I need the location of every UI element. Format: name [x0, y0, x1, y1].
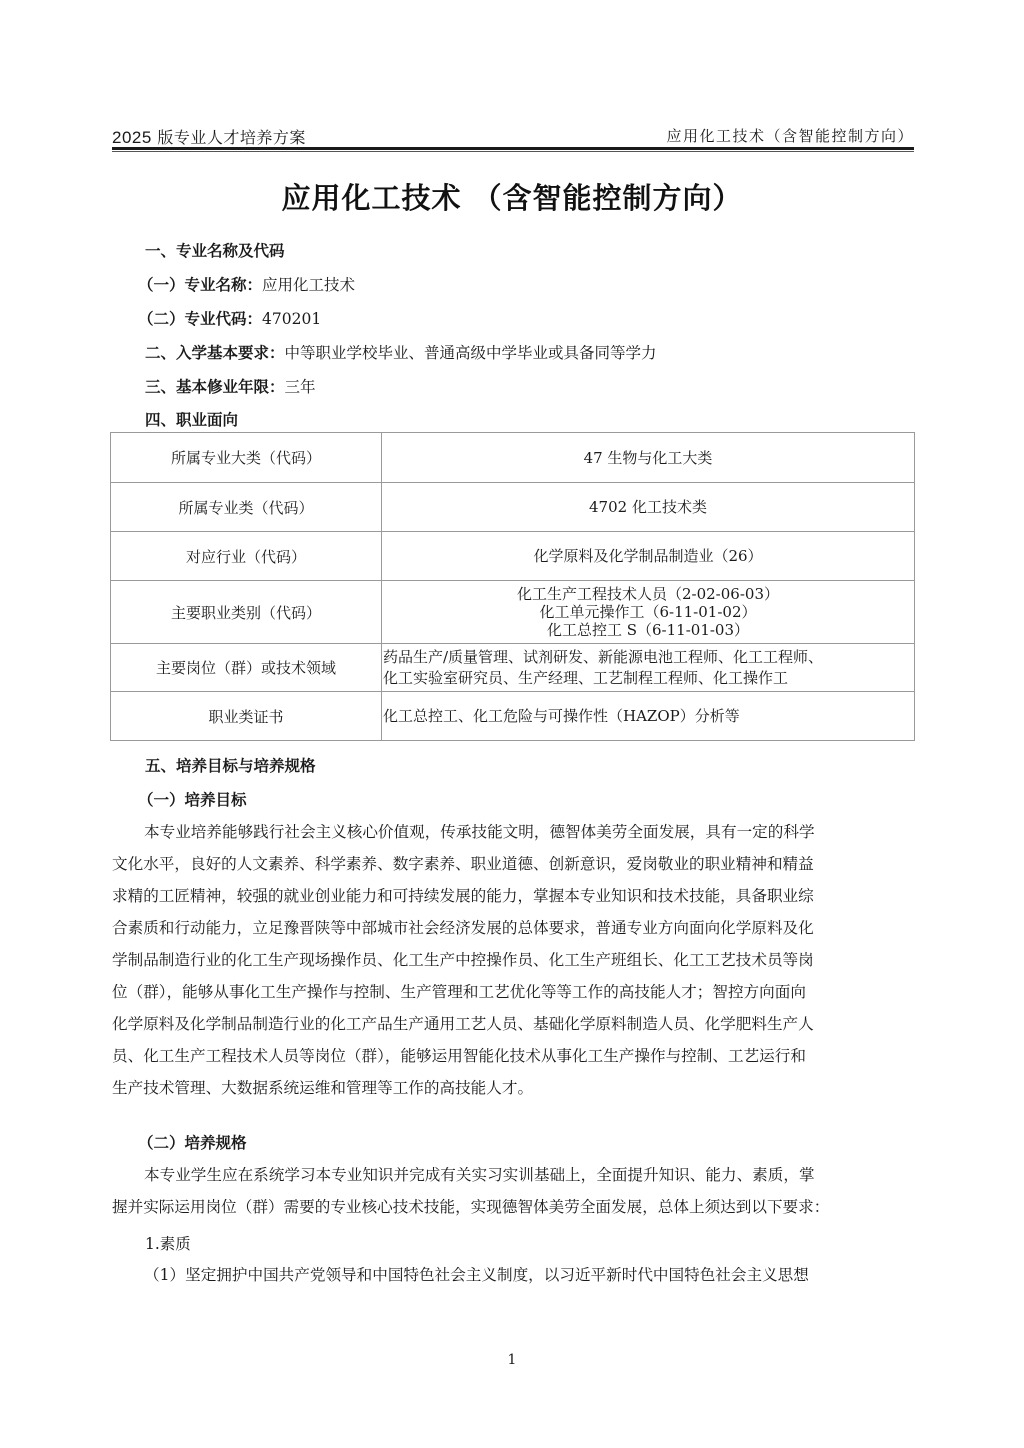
major-name-label: （一）专业名称：: [138, 276, 262, 294]
paragraph-line: 化学原料及化学制品制造行业的化工产品生产通用工艺人员、基础化学原料制造人员、化学…: [112, 1008, 914, 1040]
table-value: 4702 化工技术类: [382, 483, 915, 532]
major-code-label: （二）专业代码：: [138, 310, 262, 328]
goal-paragraph: 本专业培养能够践行社会主义核心价值观，传承技能文明，德智体美劳全面发展，具有一定…: [112, 816, 914, 1104]
paragraph-line: 位（群），能够从事化工生产操作与控制、生产管理和工艺优化等等工作的高技能人才；智…: [112, 976, 914, 1008]
section-5-heading: 五、培养目标与培养规格: [145, 754, 316, 776]
table-row: 职业类证书 化工总控工、化工危险与可操作性（HAZOP）分析等: [111, 692, 915, 741]
spec-paragraph: 本专业学生应在系统学习本专业知识并完成有关实习实训基础上，全面提升知识、能力、素…: [112, 1159, 914, 1223]
major-name-value: 应用化工技术: [262, 276, 355, 294]
paragraph-line: 本专业学生应在系统学习本专业知识并完成有关实习实训基础上，全面提升知识、能力、素…: [112, 1159, 914, 1191]
table-value: 化工生产工程技术人员（2-02-06-03） 化工单元操作工（6-11-01-0…: [382, 581, 915, 644]
table-key: 主要岗位（群）或技术领域: [111, 644, 382, 692]
major-name-line: （一）专业名称：应用化工技术: [138, 273, 355, 295]
header-rule-thick: [112, 147, 914, 150]
table-key: 主要职业类别（代码）: [111, 581, 382, 644]
admission-value: 中等职业学校毕业、普通高级中学毕业或具备同等学力: [285, 344, 657, 362]
header-rule-thin: [112, 151, 914, 152]
quality-subheading: 1.素质: [145, 1232, 191, 1254]
paragraph-line: 本专业培养能够践行社会主义核心价值观，传承技能文明，德智体美劳全面发展，具有一定…: [112, 816, 914, 848]
career-orientation-table: 所属专业大类（代码） 47 生物与化工大类 所属专业类（代码） 4702 化工技…: [110, 432, 915, 741]
table-value: 药品生产/质量管理、试剂研发、新能源电池工程师、化工工程师、 化工实验室研究员、…: [382, 644, 915, 692]
occupation-line: 化工生产工程技术人员（2-02-06-03）: [382, 585, 914, 603]
section-1-heading: 一、专业名称及代码: [145, 239, 285, 261]
table-key: 对应行业（代码）: [111, 532, 382, 581]
table-row: 对应行业（代码） 化学原料及化学制品制造业（26）: [111, 532, 915, 581]
occupation-line: 化工总控工 S（6-11-01-03）: [382, 621, 914, 639]
table-key: 所属专业类（代码）: [111, 483, 382, 532]
paragraph-line: （1）坚定拥护中国共产党领导和中国特色社会主义制度，以习近平新时代中国特色社会主…: [112, 1259, 914, 1291]
goal-heading: （一）培养目标: [138, 788, 247, 810]
table-value: 化学原料及化学制品制造业（26）: [382, 532, 915, 581]
position-line: 化工实验室研究员、生产经理、工艺制程工程师、化工操作工: [383, 668, 914, 689]
table-value: 47 生物与化工大类: [382, 433, 915, 483]
page-number: 1: [0, 1352, 1024, 1368]
spec-heading: （二）培养规格: [138, 1131, 247, 1153]
paragraph-line: 求精的工匠精神，较强的就业创业能力和可持续发展的能力，掌握本专业知识和技术技能，…: [112, 880, 914, 912]
table-key: 职业类证书: [111, 692, 382, 741]
paragraph-line: 合素质和行动能力，立足豫晋陕等中部城市社会经济发展的总体要求，普通专业方向面向化…: [112, 912, 914, 944]
paragraph-line: 文化水平，良好的人文素养、科学素养、数字素养、职业道德、创新意识，爱岗敬业的职业…: [112, 848, 914, 880]
occupation-line: 化工单元操作工（6-11-01-02）: [382, 603, 914, 621]
major-code-line: （二）专业代码：470201: [138, 307, 321, 329]
table-row: 主要岗位（群）或技术领域 药品生产/质量管理、试剂研发、新能源电池工程师、化工工…: [111, 644, 915, 692]
major-code-value: 470201: [262, 310, 321, 328]
table-key: 所属专业大类（代码）: [111, 433, 382, 483]
page-header: 2025 版专业人才培养方案 应用化工技术（含智能控制方向）: [112, 125, 914, 147]
admission-line: 二、入学基本要求：中等职业学校毕业、普通高级中学毕业或具备同等学力: [145, 341, 657, 363]
table-row: 所属专业类（代码） 4702 化工技术类: [111, 483, 915, 532]
header-plan-name: 版专业人才培养方案: [152, 128, 306, 147]
table-value: 化工总控工、化工危险与可操作性（HAZOP）分析等: [382, 692, 915, 741]
paragraph-line: 学制品制造行业的化工生产现场操作员、化工生产中控操作员、化工生产班组长、化工工艺…: [112, 944, 914, 976]
position-line: 药品生产/质量管理、试剂研发、新能源电池工程师、化工工程师、: [383, 647, 914, 668]
section-4-heading: 四、职业面向: [145, 408, 238, 430]
quality-item-1: （1）坚定拥护中国共产党领导和中国特色社会主义制度，以习近平新时代中国特色社会主…: [112, 1259, 914, 1291]
table-row: 所属专业大类（代码） 47 生物与化工大类: [111, 433, 915, 483]
duration-line: 三、基本修业年限：三年: [145, 375, 316, 397]
header-left: 2025 版专业人才培养方案: [112, 125, 306, 148]
table-row: 主要职业类别（代码） 化工生产工程技术人员（2-02-06-03） 化工单元操作…: [111, 581, 915, 644]
paragraph-line: 员、化工生产工程技术人员等岗位（群），能够运用智能化技术从事化工生产操作与控制、…: [112, 1040, 914, 1072]
duration-value: 三年: [285, 378, 316, 396]
paragraph-line: 生产技术管理、大数据系统运维和管理等工作的高技能人才。: [112, 1072, 914, 1104]
duration-label: 三、基本修业年限：: [145, 378, 285, 396]
admission-label: 二、入学基本要求：: [145, 344, 285, 362]
header-year: 2025: [112, 128, 152, 147]
paragraph-line: 握并实际运用岗位（群）需要的专业核心技术技能，实现德智体美劳全面发展，总体上须达…: [112, 1191, 914, 1223]
header-right: 应用化工技术（含智能控制方向）: [666, 125, 914, 146]
document-title: 应用化工技术 （含智能控制方向）: [0, 176, 1024, 217]
